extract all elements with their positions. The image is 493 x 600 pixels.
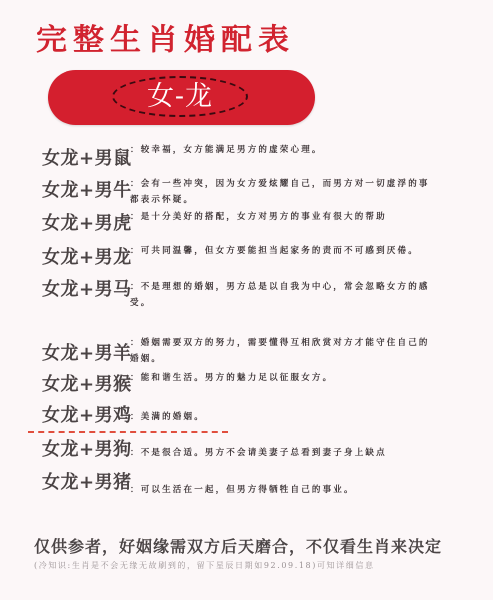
match-description: ：不是理想的婚姻，男方总是以自我为中心，常会忽略女方的感受。 [130,279,430,311]
match-description: ：较幸福，女方能满足男方的虚荣心理。 [130,142,430,158]
footer-note: (冷知识:生肖是不会无缘无故刷到的，留下星辰日期如92.09.18)可知详细信息 [34,560,375,572]
match-description: ：可共同温馨，但女方要能担当起家务的责而不可感到厌倦。 [130,243,430,259]
match-pair: 女龙+男猴 [42,374,132,396]
match-pair: 女龙+男鸡 [42,405,132,427]
zodiac-banner: 女-龙 [48,70,315,125]
footer-disclaimer: 仅供参者，好姻缘需双方后天磨合，不仅看生肖来决定 [34,537,442,557]
match-pair: 女龙+男狗 [42,439,132,461]
match-pair: 女龙+男龙 [42,247,132,269]
dashed-divider [28,431,228,433]
match-description: ：可以生活在一起，但男方得牺牲自己的事业。 [130,482,430,498]
match-pair: 女龙+男马 [42,279,132,301]
match-description: ：婚姻需要双方的努力，需要懂得互相欣赏对方才能守住自己的婚姻。 [130,335,430,367]
banner-label: 女-龙 [147,82,213,112]
match-description: ：美满的婚姻。 [130,409,430,425]
match-description: ：能和谐生活。男方的魅力足以征服女方。 [130,370,430,386]
match-description: ：会有一些冲突，因为女方爱炫耀自己，而男方对一切虚浮的事都表示怀疑。 [130,176,430,208]
match-pair: 女龙+男虎 [42,213,132,235]
match-description: ：是十分美好的搭配，女方对男方的事业有很大的帮助 [130,209,430,225]
banner-oval: 女-龙 [112,76,248,117]
match-pair: 女龙+男羊 [42,343,132,365]
match-description: ：不是很合适。男方不会请美妻子总看到妻子身上缺点 [130,445,430,461]
match-pair: 女龙+男猪 [42,472,132,494]
match-pair: 女龙+男鼠 [42,148,132,170]
match-pair: 女龙+男牛 [42,180,132,202]
page-title: 完整生肖婚配表 [36,23,295,57]
